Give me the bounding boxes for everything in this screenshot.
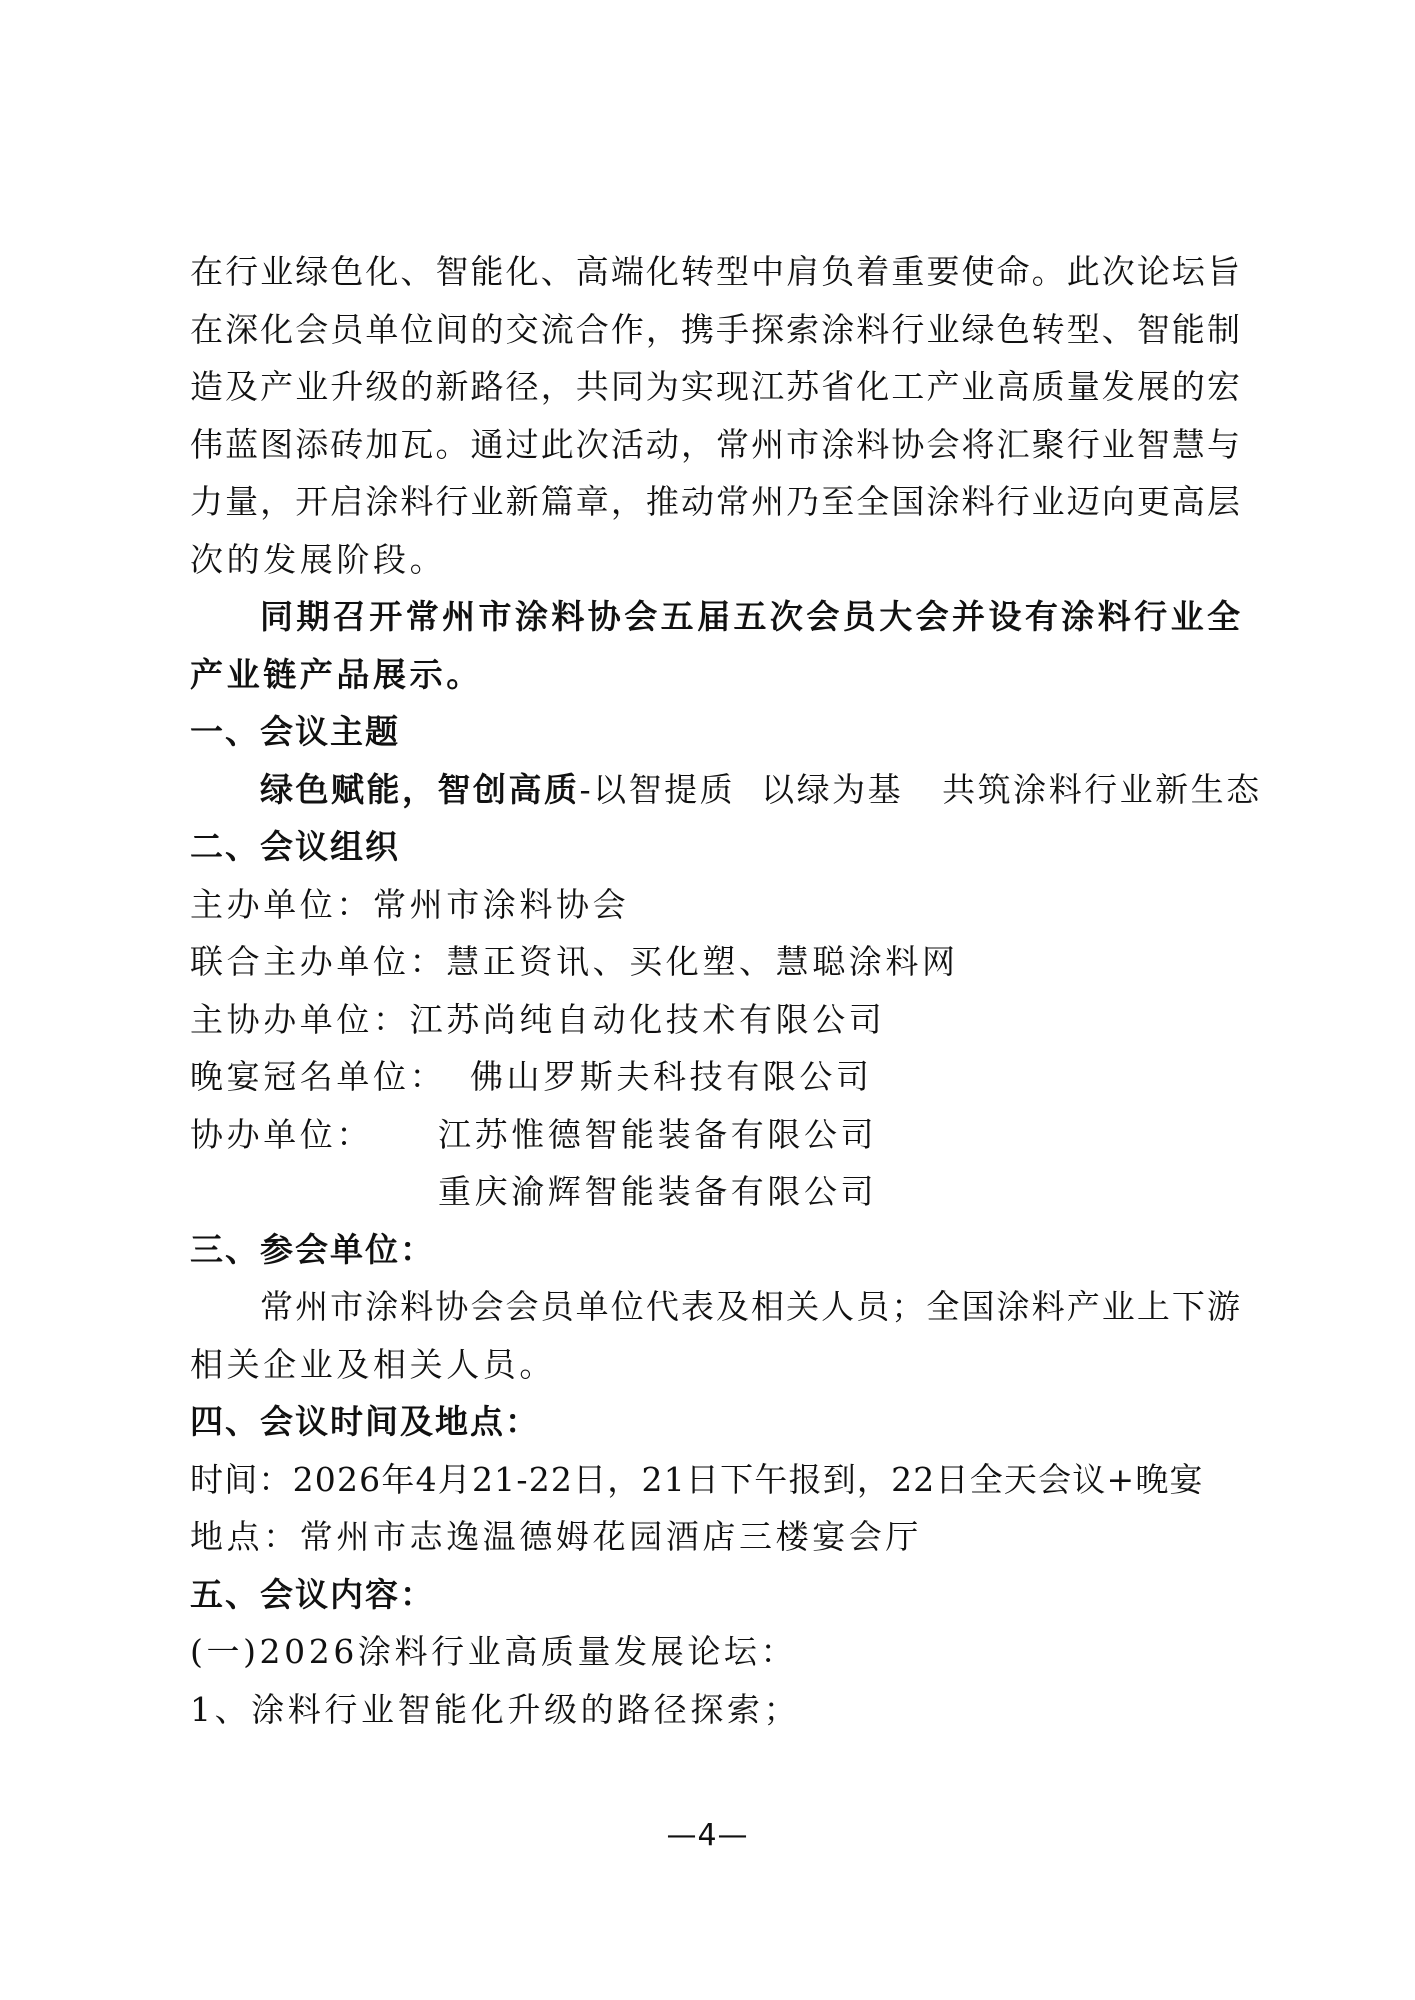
org-co-organizers-row-2: 重庆渝辉智能装备有限公司 (190, 1163, 1240, 1221)
paragraph-line: 同期召开常州市涂料协会五届五次会员大会并设有涂料行业全 (190, 588, 1240, 646)
section-organization: 二、会议组织 主办单位：常州市涂料协会 联合主办单位：慧正资讯、买化塑、慧聪涂料… (190, 818, 1240, 1221)
meeting-time: 时间：2026年4月21-22日，21日下午报到，22日全天会议+晚宴 (190, 1451, 1240, 1509)
org-host-row: 主办单位：常州市涂料协会 (190, 876, 1240, 934)
paragraph-line: 造及产业升级的新路径，共同为实现江苏省化工产业高质量发展的宏 (190, 358, 1240, 416)
org-main-co-organizer-row: 主协办单位：江苏尚纯自动化技术有限公司 (190, 991, 1240, 1049)
content-item: 1、涂料行业智能化升级的路径探索； (190, 1681, 1240, 1739)
org-banquet-sponsor-row: 晚宴冠名单位：佛山罗斯夫科技有限公司 (190, 1048, 1240, 1106)
section-theme: 一、会议主题 绿色赋能，智创高质-以智提质 以绿为基 共筑涂料行业新生态 (190, 703, 1240, 818)
org-label: 晚宴冠名单位： (190, 1048, 428, 1106)
theme-line: 绿色赋能，智创高质-以智提质 以绿为基 共筑涂料行业新生态 (190, 761, 1240, 819)
paragraph-line: 在行业绿色化、智能化、高端化转型中肩负着重要使命。此次论坛旨 (190, 243, 1240, 301)
content-sub-heading: (一)2026涂料行业高质量发展论坛： (190, 1623, 1240, 1681)
paragraph-line: 相关企业及相关人员。 (190, 1336, 1240, 1394)
org-value: 常州市涂料协会 (373, 876, 629, 934)
intro-paragraph: 在行业绿色化、智能化、高端化转型中肩负着重要使命。此次论坛旨 在深化会员单位间的… (190, 243, 1240, 588)
concurrent-note: 同期召开常州市涂料协会五届五次会员大会并设有涂料行业全 产业链产品展示。 (190, 588, 1240, 703)
section-participants: 三、参会单位： 常州市涂料协会会员单位代表及相关人员；全国涂料产业上下游 相关企… (190, 1221, 1240, 1394)
org-co-organizers-row: 协办单位：江苏惟德智能装备有限公司 (190, 1106, 1240, 1164)
org-label: 协办单位： (190, 1106, 438, 1164)
paragraph-line: 伟蓝图添砖加瓦。通过此次活动，常州市涂料协会将汇聚行业智慧与 (190, 416, 1240, 474)
section-time-place: 四、会议时间及地点： 时间：2026年4月21-22日，21日下午报到，22日全… (190, 1393, 1240, 1566)
theme-bold-text: 绿色赋能，智创高质 (260, 770, 580, 809)
theme-rest-text: -以智提质 以绿为基 共筑涂料行业新生态 (580, 770, 1262, 809)
org-co-host-row: 联合主办单位：慧正资讯、买化塑、慧聪涂料网 (190, 933, 1240, 991)
section-heading: 四、会议时间及地点： (190, 1393, 1240, 1451)
paragraph-line: 次的发展阶段。 (190, 531, 1240, 589)
section-heading: 五、会议内容： (190, 1566, 1240, 1624)
paragraph-line: 产业链产品展示。 (190, 646, 1240, 704)
org-value: 慧正资讯、买化塑、慧聪涂料网 (446, 933, 958, 991)
org-value: 佛山罗斯夫科技有限公司 (428, 1048, 873, 1106)
section-heading: 三、参会单位： (190, 1221, 1240, 1279)
paragraph-line: 在深化会员单位间的交流合作，携手探索涂料行业绿色转型、智能制 (190, 301, 1240, 359)
org-label: 联合主办单位： (190, 933, 446, 991)
page-number: —4— (0, 1818, 1415, 1853)
section-heading: 一、会议主题 (190, 703, 1240, 761)
org-value: 江苏惟德智能装备有限公司 (438, 1106, 877, 1164)
org-label: 主协办单位： (190, 991, 410, 1049)
paragraph-line: 常州市涂料协会会员单位代表及相关人员；全国涂料产业上下游 (190, 1278, 1240, 1336)
document-page: 在行业绿色化、智能化、高端化转型中肩负着重要使命。此次论坛旨 在深化会员单位间的… (190, 243, 1240, 1738)
meeting-place: 地点：常州市志逸温德姆花园酒店三楼宴会厅 (190, 1508, 1240, 1566)
section-heading: 二、会议组织 (190, 818, 1240, 876)
paragraph-line: 力量，开启涂料行业新篇章，推动常州乃至全国涂料行业迈向更高层 (190, 473, 1240, 531)
org-value: 重庆渝辉智能装备有限公司 (190, 1163, 877, 1221)
org-label: 主办单位： (190, 876, 373, 934)
org-value: 江苏尚纯自动化技术有限公司 (410, 991, 886, 1049)
section-content: 五、会议内容： (一)2026涂料行业高质量发展论坛： 1、涂料行业智能化升级的… (190, 1566, 1240, 1739)
